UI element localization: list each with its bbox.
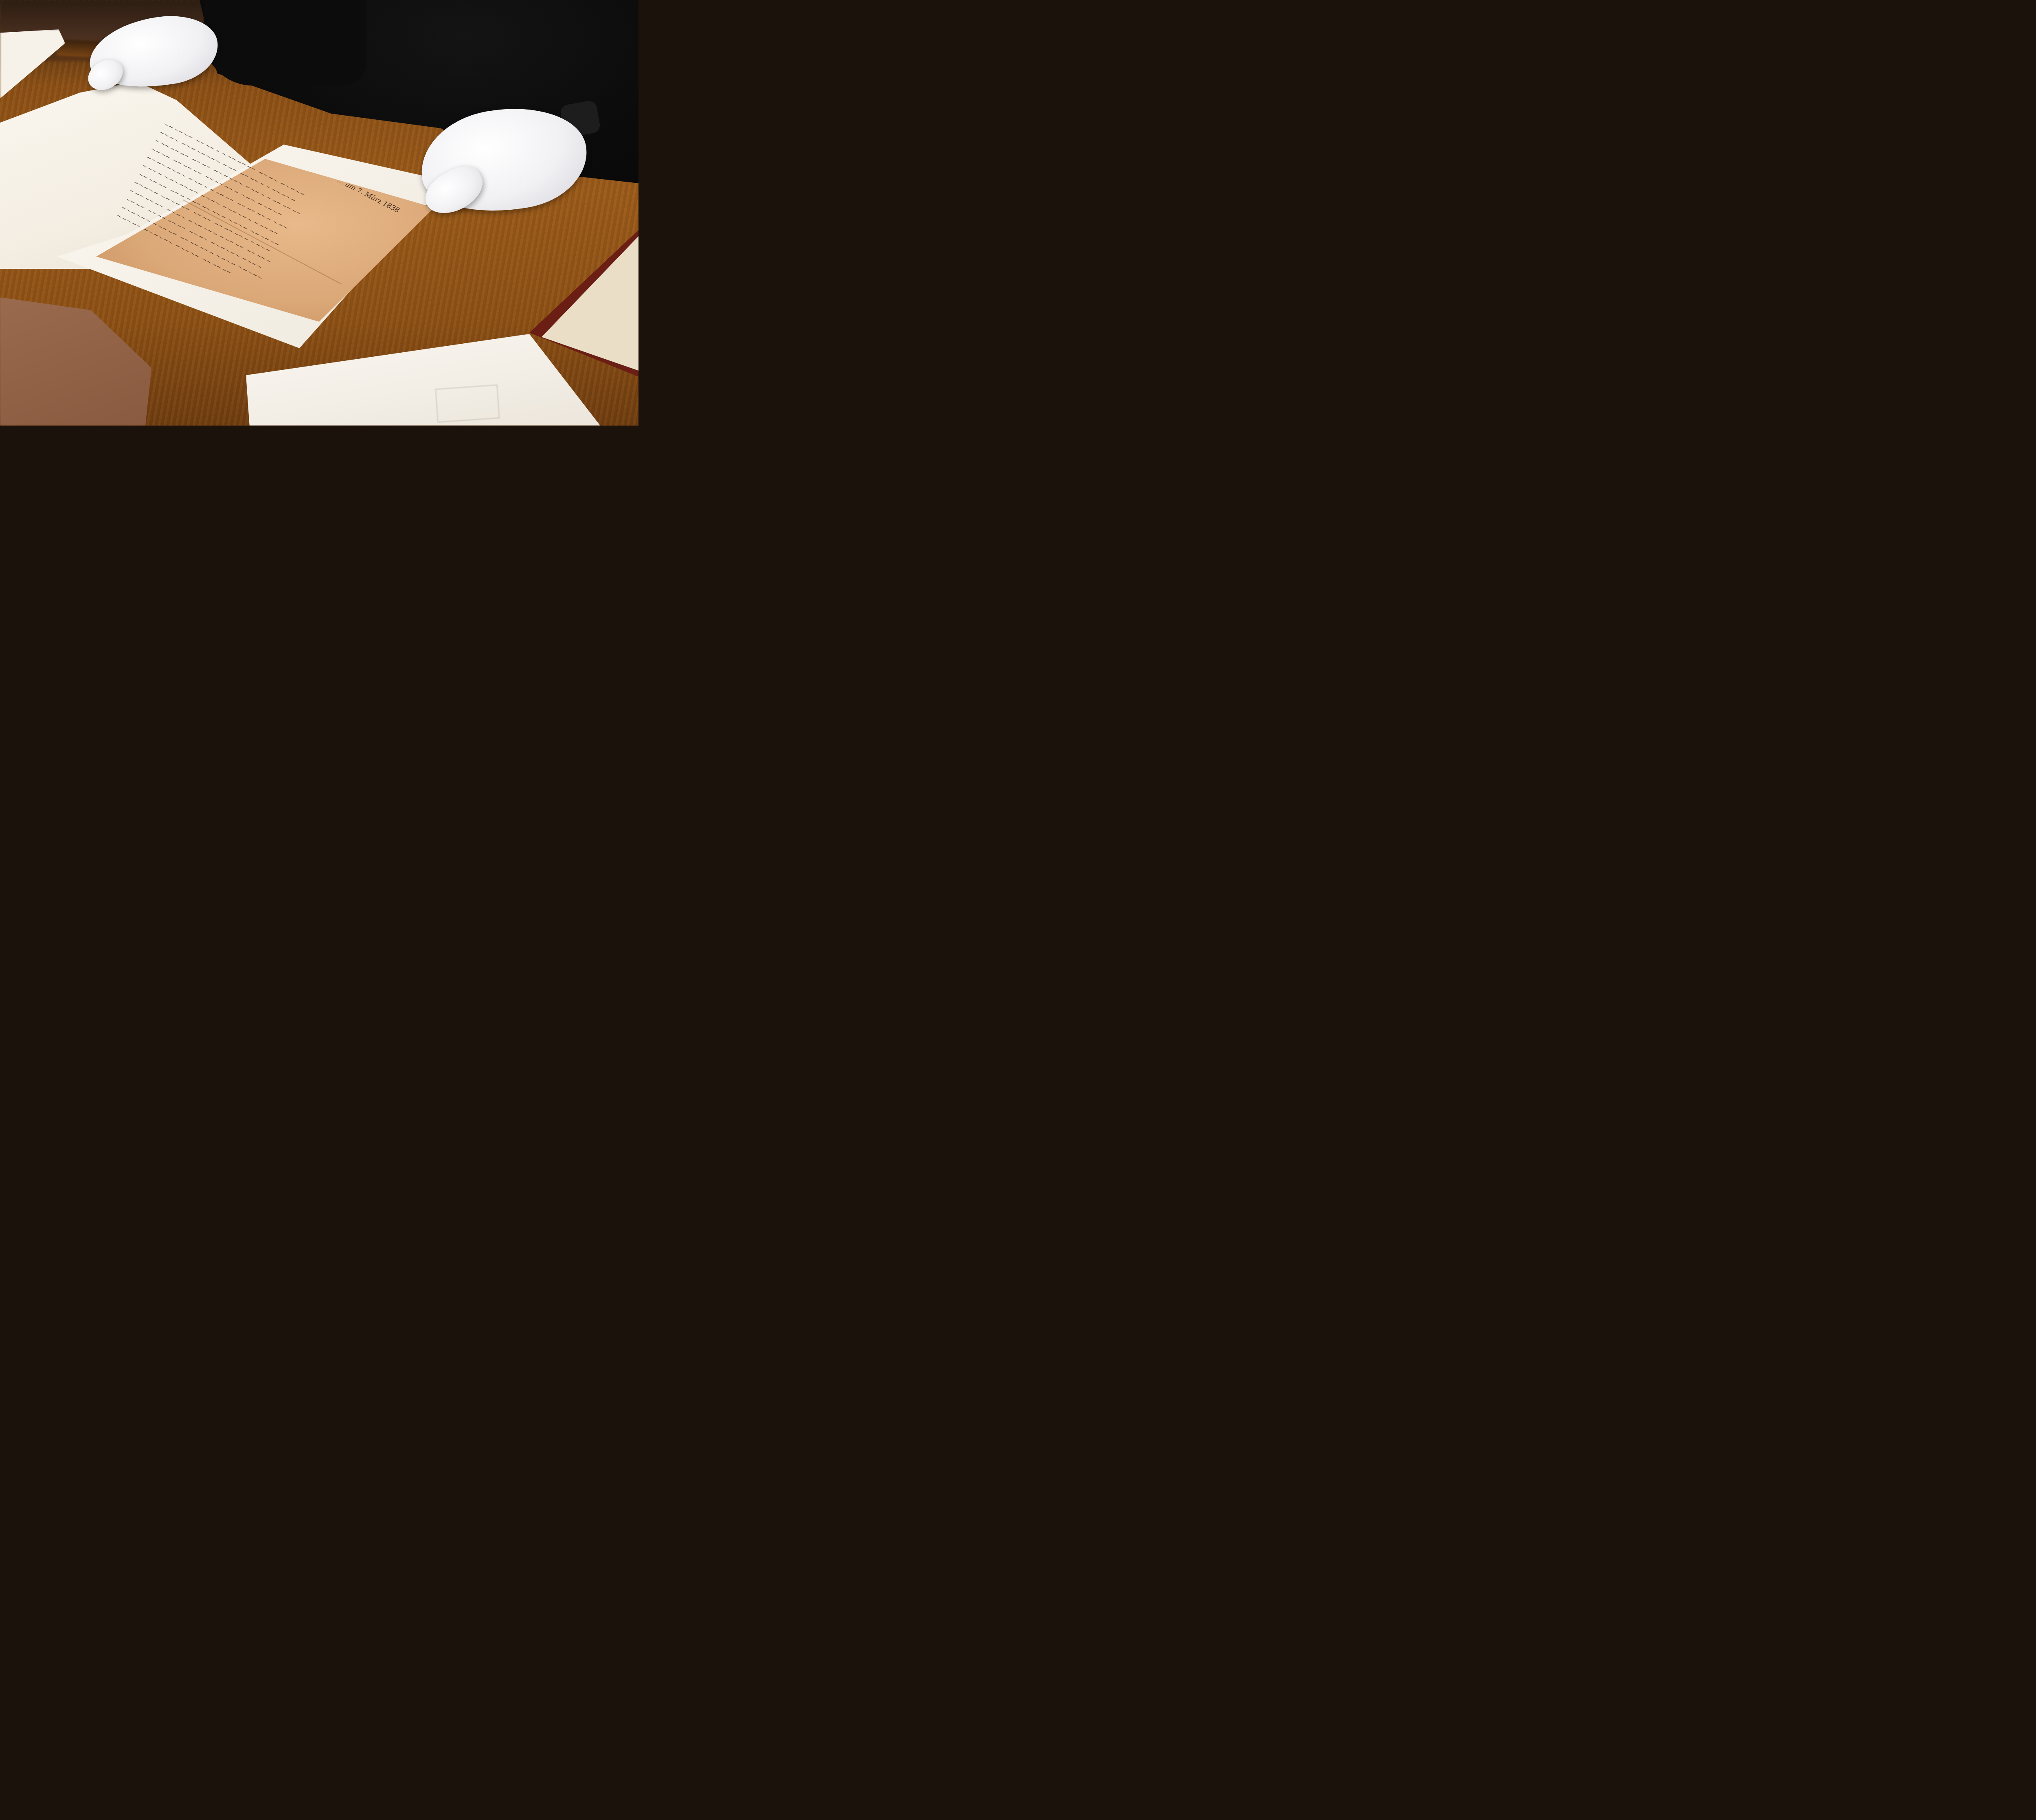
form-drawn-box xyxy=(435,385,499,422)
left-arm-sleeve xyxy=(204,0,366,86)
photo-scene: ~~~~~~ ~~~~~ ~~~~~~~ ~~~~ ~~~~~ ~~~~ ~~~… xyxy=(0,0,638,426)
